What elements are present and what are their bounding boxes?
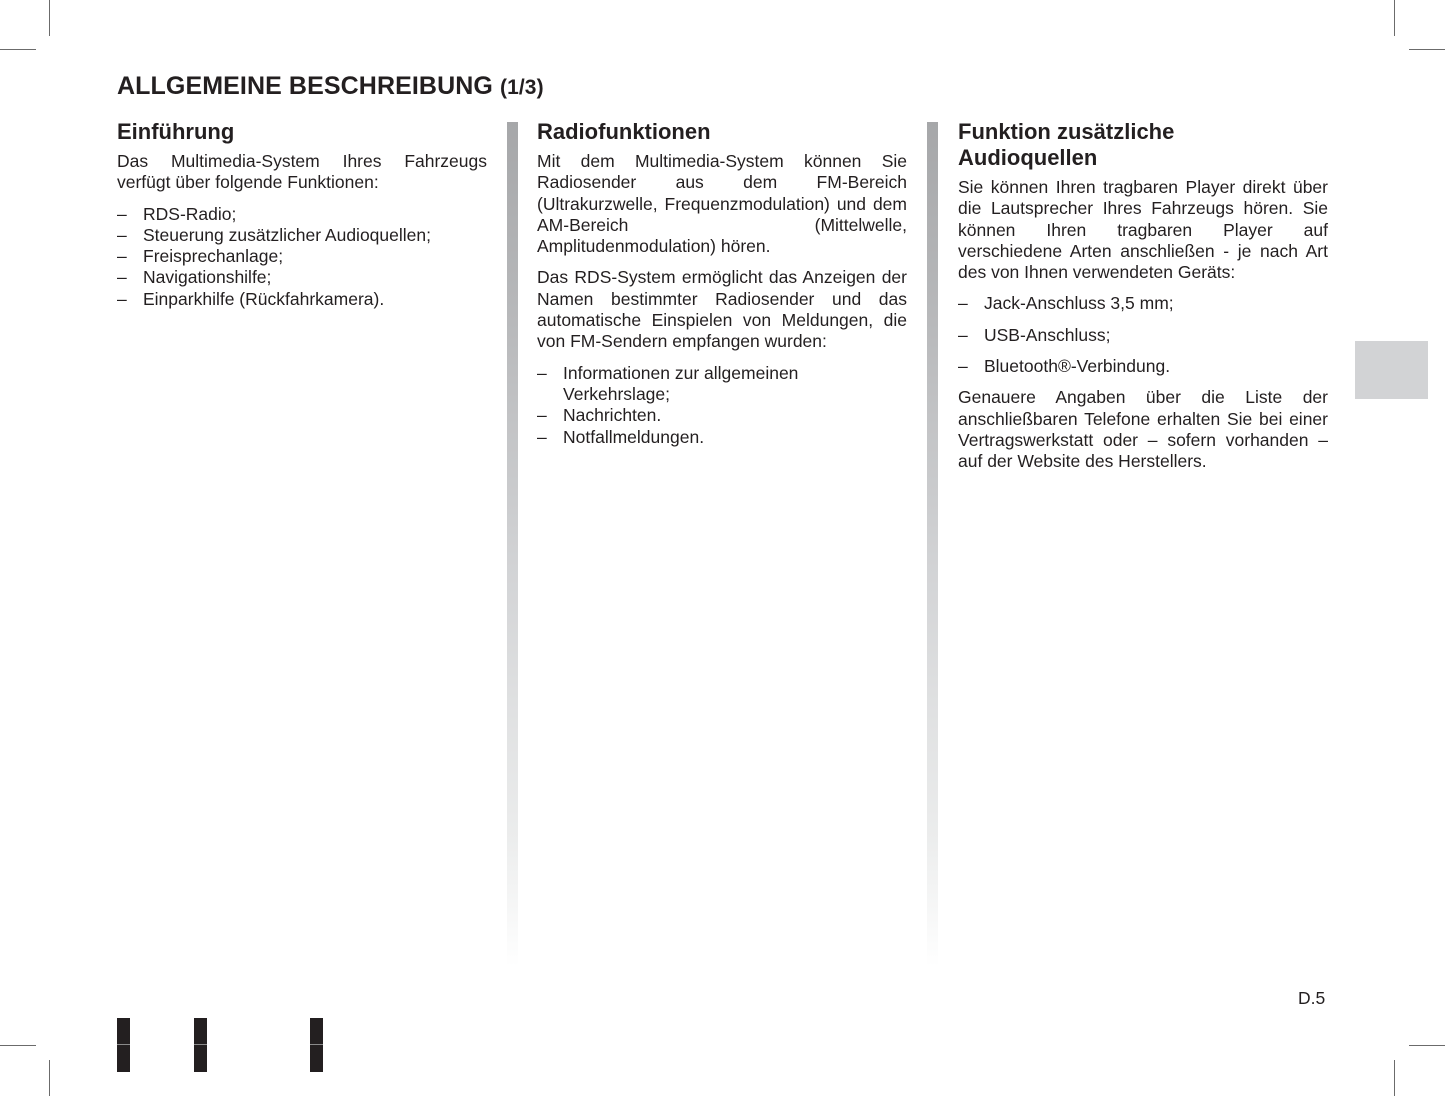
crop-mark bbox=[1394, 1060, 1395, 1096]
dash-marker: – bbox=[958, 356, 968, 377]
list-item-text: Jack-Anschluss 3,5 mm; bbox=[984, 293, 1174, 313]
list-item-text: Notfallmeldungen. bbox=[563, 427, 704, 447]
bullet-list: –Jack-Anschluss 3,5 mm;–USB-Anschluss;–B… bbox=[958, 293, 1328, 377]
registration-bar bbox=[310, 1018, 323, 1072]
list-item: –Freisprechanlage; bbox=[117, 246, 487, 267]
list-item-text: Freisprechanlage; bbox=[143, 246, 283, 266]
list-item-text: RDS-Radio; bbox=[143, 204, 236, 224]
list-item: –Notfallmeldungen. bbox=[537, 427, 907, 448]
section-audioquellen: Funktion zusätzliche AudioquellenSie kön… bbox=[958, 119, 1328, 483]
crop-mark bbox=[1394, 0, 1395, 36]
column-divider bbox=[507, 122, 518, 967]
body-paragraph: Genauere Angaben über die Liste der ansc… bbox=[958, 387, 1328, 472]
list-item-text: Steuerung zusätzlicher Audioquellen; bbox=[143, 225, 431, 245]
list-item-text: Nachrichten. bbox=[563, 405, 661, 425]
dash-marker: – bbox=[117, 289, 127, 310]
list-item: –Steuerung zusätzlicher Audioquellen; bbox=[117, 225, 487, 246]
bullet-list: –RDS-Radio;–Steuerung zusätzlicher Audio… bbox=[117, 204, 487, 310]
list-item-text: Bluetooth®-Verbindung. bbox=[984, 356, 1170, 376]
dash-marker: – bbox=[958, 293, 968, 314]
crop-mark bbox=[0, 1045, 36, 1046]
crop-mark bbox=[49, 0, 50, 36]
dash-marker: – bbox=[537, 405, 547, 426]
section-heading: Funktion zusätzliche Audioquellen bbox=[958, 119, 1218, 171]
list-item: –Bluetooth®-Verbindung. bbox=[958, 356, 1328, 377]
body-paragraph: Das RDS-System ermöglicht das Anzeigen d… bbox=[537, 267, 907, 352]
crop-mark bbox=[1409, 1045, 1445, 1046]
list-item-text: Einparkhilfe (Rückfahrkamera). bbox=[143, 289, 384, 309]
list-item: –Navigationshilfe; bbox=[117, 267, 487, 288]
list-item: –RDS-Radio; bbox=[117, 204, 487, 225]
page-number: D.5 bbox=[1298, 988, 1325, 1009]
dash-marker: – bbox=[537, 427, 547, 448]
list-item: –Nachrichten. bbox=[537, 405, 907, 426]
list-item-text: USB-Anschluss; bbox=[984, 325, 1110, 345]
page-title-part: (1/3) bbox=[500, 76, 544, 99]
dash-marker: – bbox=[117, 267, 127, 288]
bullet-list: –Informationen zur allgemeinen Verkehrsl… bbox=[537, 363, 907, 448]
body-paragraph: Mit dem Multimedia-System können Sie Rad… bbox=[537, 151, 907, 257]
page-title: ALLGEMEINE BESCHREIBUNG (1/3) bbox=[117, 72, 544, 101]
list-item: –Einparkhilfe (Rückfahrkamera). bbox=[117, 289, 487, 310]
page-title-text: ALLGEMEINE BESCHREIBUNG bbox=[117, 72, 493, 100]
section-heading: Einführung bbox=[117, 119, 487, 145]
registration-bar bbox=[194, 1018, 207, 1072]
crop-mark bbox=[0, 49, 36, 50]
list-item: –USB-Anschluss; bbox=[958, 325, 1328, 346]
list-item-text: Informationen zur allgemeinen Verkehrsla… bbox=[563, 363, 798, 404]
body-paragraph: Sie können Ihren tragbaren Player direkt… bbox=[958, 177, 1328, 283]
dash-marker: – bbox=[117, 225, 127, 246]
crop-mark bbox=[49, 1060, 50, 1096]
crop-mark bbox=[1409, 49, 1445, 50]
list-item-text: Navigationshilfe; bbox=[143, 267, 271, 287]
section-radiofunktionen: RadiofunktionenMit dem Multimedia-System… bbox=[537, 119, 907, 458]
list-item: –Jack-Anschluss 3,5 mm; bbox=[958, 293, 1328, 314]
body-paragraph: Das Multimedia-System Ihres Fahrzeugs ve… bbox=[117, 151, 487, 194]
list-item: –Informationen zur allgemeinen Verkehrsl… bbox=[537, 363, 907, 406]
section-heading: Radiofunktionen bbox=[537, 119, 907, 145]
chapter-tab-marker bbox=[1355, 341, 1428, 399]
registration-bar bbox=[117, 1018, 130, 1072]
dash-marker: – bbox=[117, 246, 127, 267]
column-divider bbox=[927, 122, 938, 967]
dash-marker: – bbox=[537, 363, 547, 384]
dash-marker: – bbox=[958, 325, 968, 346]
section-einfuehrung: EinführungDas Multimedia-System Ihres Fa… bbox=[117, 119, 487, 320]
dash-marker: – bbox=[117, 204, 127, 225]
